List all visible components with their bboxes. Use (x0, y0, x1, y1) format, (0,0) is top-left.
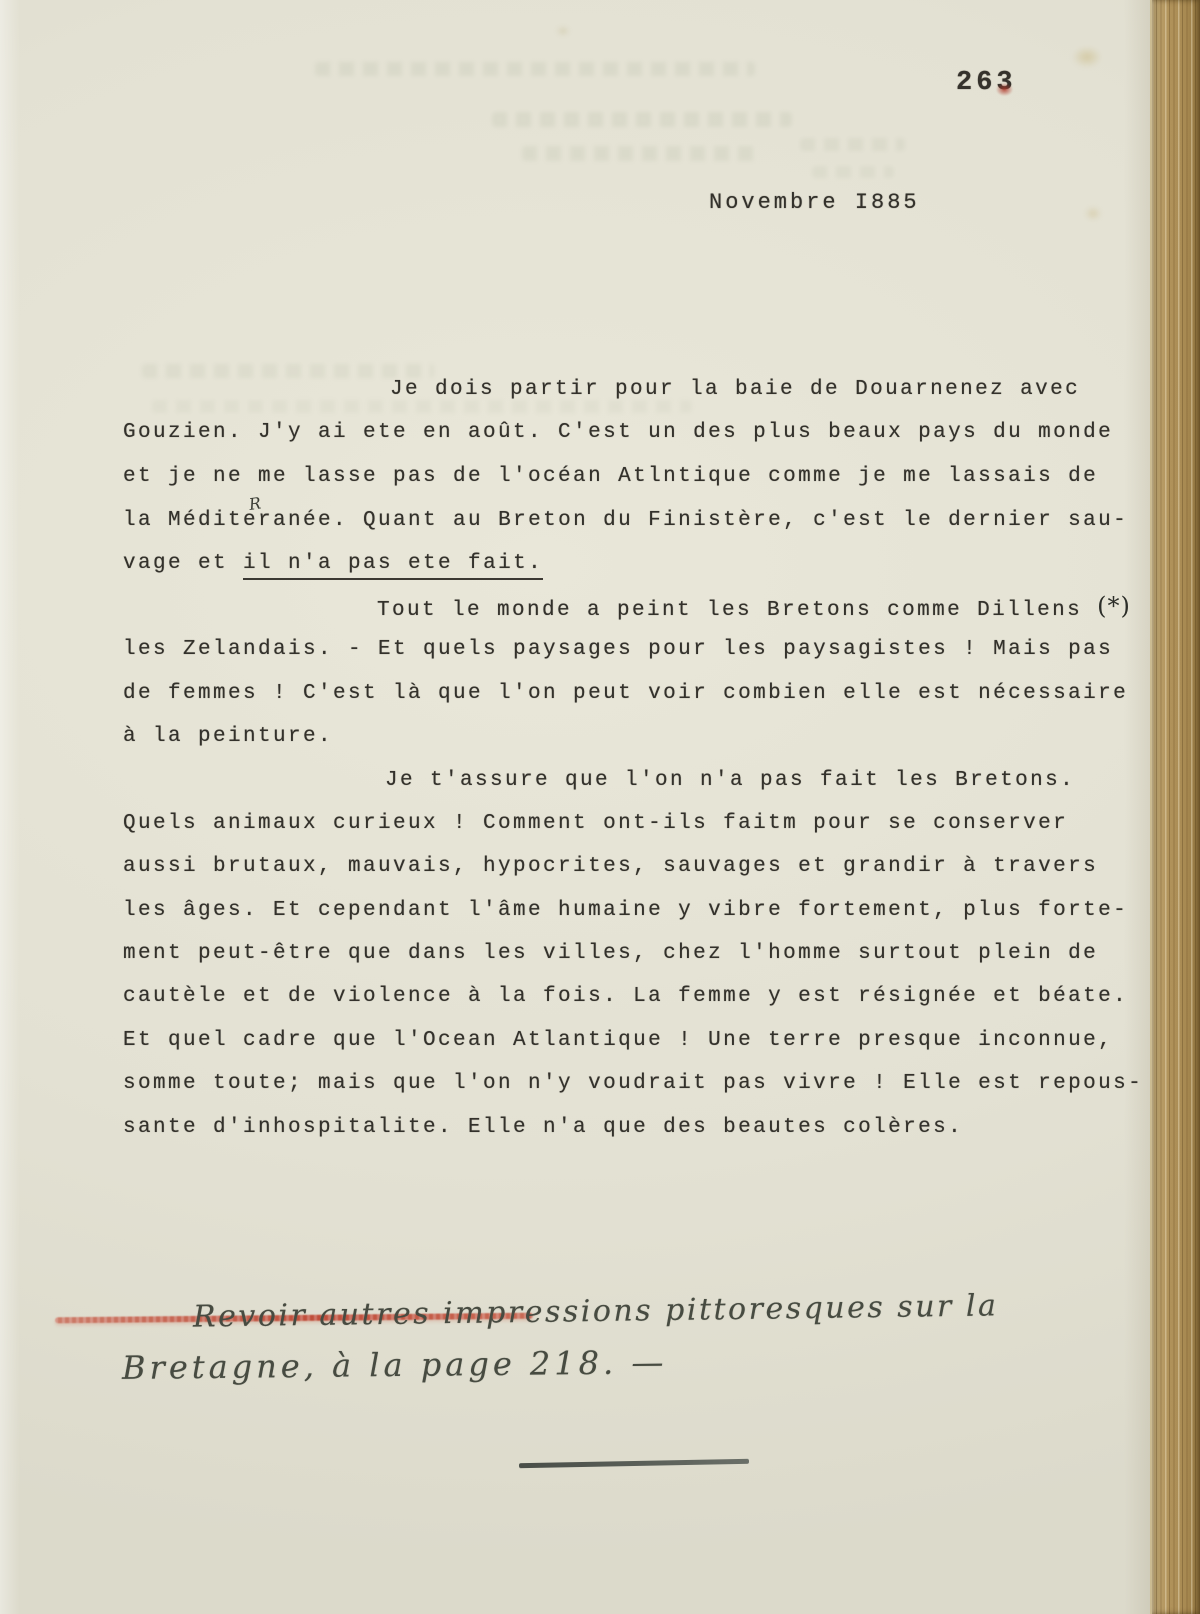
page-left-highlight (0, 0, 20, 1614)
typed-line: les Zelandais. - Et quels paysages pour … (123, 628, 1153, 671)
typed-text: cautèle et de violence à la fois. La fem… (123, 985, 1128, 1008)
paper-stain (556, 26, 570, 36)
red-ink-smudge (996, 83, 1013, 96)
typed-line: la MéditeRranée. Quant au Breton du Fini… (123, 498, 1153, 541)
bleedthrough-ghost (522, 146, 760, 161)
page-number: 263 (956, 68, 1017, 98)
typed-line: Quels animaux curieux ! Comment ont-ils … (123, 802, 1153, 845)
book-fore-edge (1150, 0, 1200, 1614)
typed-text: et je ne me lasse pas de l'océan Atlntiq… (123, 465, 1098, 488)
typed-text: Je dois partir pour la baie de Douarnene… (390, 378, 1080, 401)
typed-line: sante d'inhospitalite. Elle n'a que des … (123, 1106, 1153, 1149)
typed-text: à la peinture. (123, 725, 333, 748)
typed-text: Tout le monde a peint les Bretons comme … (377, 599, 1097, 622)
typed-text: la Médite (123, 509, 258, 532)
typed-line: aussi brutaux, mauvais, hypocrites, sauv… (123, 845, 1153, 888)
bleedthrough-ghost (315, 62, 755, 76)
bleedthrough-ghost (492, 112, 792, 127)
typed-text: de femmes ! C'est là que l'on peut voir … (123, 682, 1128, 705)
pen-underline-rule (519, 1459, 749, 1468)
typed-text: ranée. Quant au Breton du Finistère, c'e… (258, 509, 1128, 532)
typed-text: vage et (123, 552, 243, 575)
typed-line: Et quel cadre que l'Ocean Atlantique ! U… (123, 1019, 1153, 1062)
bleedthrough-ghost (812, 166, 894, 178)
typed-text: Gouzien. J'y ai ete en août. C'est un de… (123, 421, 1113, 444)
typed-line: les âges. Et cependant l'âme humaine y v… (123, 889, 1153, 932)
paper-stain (1072, 46, 1102, 68)
typed-text: somme toute; mais que l'on n'y voudrait … (123, 1072, 1143, 1095)
underlined-phrase: il n'a pas ete fait. (243, 552, 543, 580)
typed-text: les âges. Et cependant l'âme humaine y v… (123, 899, 1128, 922)
typed-line: Gouzien. J'y ai ete en août. C'est un de… (123, 411, 1153, 454)
typed-line: de femmes ! C'est là que l'on peut voir … (123, 672, 1153, 715)
typed-line: à la peinture. (123, 715, 1153, 758)
scanned-page: 263 Novembre I885 Je dois partir pour la… (0, 0, 1200, 1614)
typed-text: les Zelandais. - Et quels paysages pour … (123, 638, 1113, 661)
typed-body: Je dois partir pour la baie de Douarnene… (123, 368, 1153, 1149)
typed-text: Je t'assure que l'on n'a pas fait les Br… (385, 769, 1075, 792)
handwritten-note-line1: Revoir autres impressions pittoresques s… (193, 1288, 999, 1334)
typed-line: Tout le monde a peint les Bretons comme … (123, 585, 1153, 628)
typed-text: ment peut-être que dans les villes, chez… (123, 942, 1098, 965)
handwritten-footnote-marker: (*) (1097, 592, 1131, 620)
typed-line: Je t'assure que l'on n'a pas fait les Br… (123, 759, 1153, 802)
typed-line: cautèle et de violence à la fois. La fem… (123, 975, 1153, 1018)
typed-line: Je dois partir pour la baie de Douarnene… (123, 368, 1153, 411)
bleedthrough-ghost (800, 138, 905, 151)
handwritten-note-line2: Bretagne, à la page 218. — (122, 1343, 668, 1387)
typed-line: et je ne me lasse pas de l'océan Atlntiq… (123, 455, 1153, 498)
paper-stain (1084, 206, 1102, 221)
typed-line: somme toute; mais que l'on n'y voudrait … (123, 1062, 1153, 1105)
typed-line: ment peut-être que dans les villes, chez… (123, 932, 1153, 975)
typed-line: vage et il n'a pas ete fait. (123, 542, 1153, 585)
typed-text: sante d'inhospitalite. Elle n'a que des … (123, 1116, 963, 1139)
typed-text: Et quel cadre que l'Ocean Atlantique ! U… (123, 1029, 1113, 1052)
typed-text: aussi brutaux, mauvais, hypocrites, sauv… (123, 855, 1098, 878)
typed-text: Quels animaux curieux ! Comment ont-ils … (123, 812, 1068, 835)
date-heading: Novembre I885 (709, 190, 920, 215)
